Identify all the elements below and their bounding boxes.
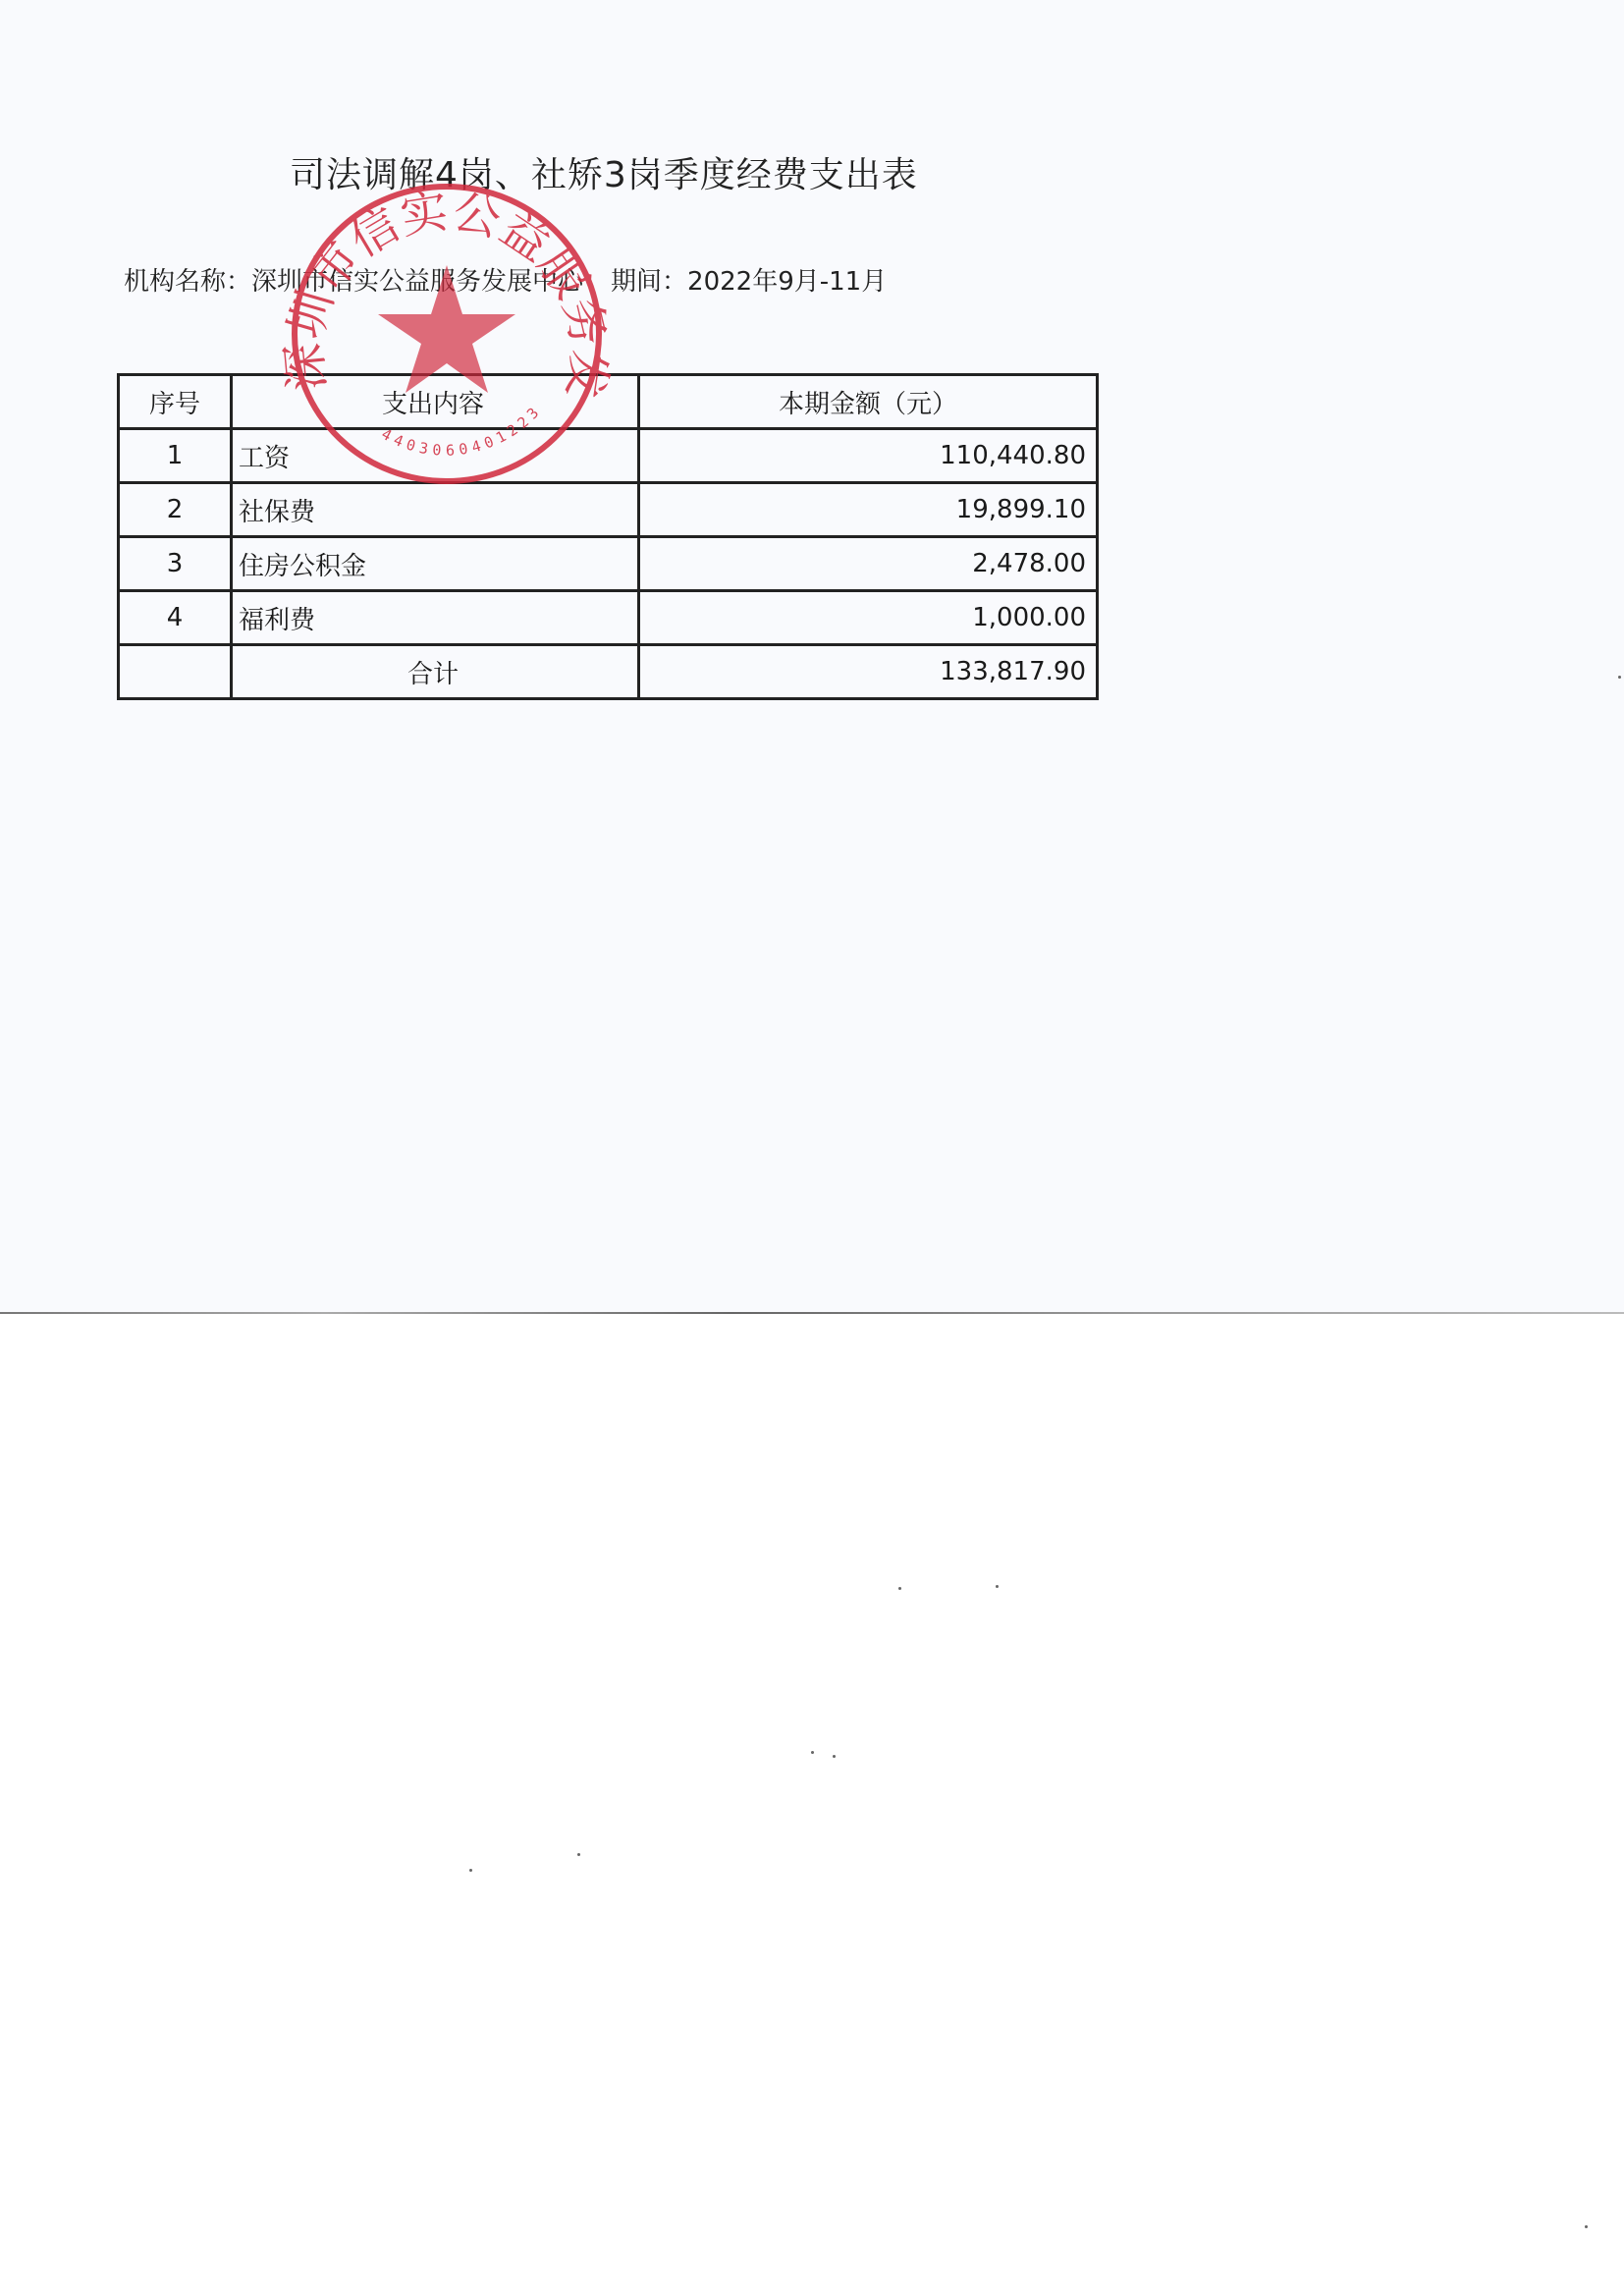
scan-speck (1618, 676, 1621, 679)
total-label: 合计 (232, 645, 639, 699)
scan-speck (833, 1755, 836, 1758)
total-row: 合计 133,817.90 (119, 645, 1098, 699)
row-item: 福利费 (232, 591, 639, 645)
scan-speck (577, 1853, 580, 1856)
header-amount: 本期金额（元） (639, 375, 1098, 429)
total-amount: 133,817.90 (639, 645, 1098, 699)
scan-speck (898, 1587, 901, 1590)
total-index (119, 645, 232, 699)
row-item: 社保费 (232, 483, 639, 537)
period-label: 期间： (611, 267, 687, 297)
row-amount: 110,440.80 (639, 429, 1098, 483)
document-title: 司法调解4岗、社矫3岗季度经费支出表 (290, 147, 918, 197)
period-value: 2022年9月-11月 (687, 267, 887, 297)
row-amount: 2,478.00 (639, 537, 1098, 591)
scan-speck (469, 1869, 472, 1872)
table-row: 1 工资 110,440.80 (119, 429, 1098, 483)
org-name: 深圳市信实公益服务发展中心 (251, 267, 583, 297)
table-row: 3 住房公积金 2,478.00 (119, 537, 1098, 591)
header-item: 支出内容 (232, 375, 639, 429)
document-meta: 机构名称：深圳市信实公益服务发展中心期间：2022年9月-11月 (124, 261, 887, 298)
scan-speck (811, 1751, 814, 1754)
org-label: 机构名称： (124, 267, 251, 297)
row-index: 1 (119, 429, 232, 483)
row-amount: 19,899.10 (639, 483, 1098, 537)
row-index: 2 (119, 483, 232, 537)
scan-speck (1585, 2225, 1588, 2228)
expense-table: 序号 支出内容 本期金额（元） 1 工资 110,440.80 2 社保费 19… (117, 373, 1099, 700)
row-item: 住房公积金 (232, 537, 639, 591)
table-header-row: 序号 支出内容 本期金额（元） (119, 375, 1098, 429)
scan-speck (996, 1585, 999, 1588)
row-item: 工资 (232, 429, 639, 483)
row-index: 3 (119, 537, 232, 591)
table-row: 4 福利费 1,000.00 (119, 591, 1098, 645)
page-fold-line (0, 1312, 1624, 1314)
header-index: 序号 (119, 375, 232, 429)
table-row: 2 社保费 19,899.10 (119, 483, 1098, 537)
row-index: 4 (119, 591, 232, 645)
row-amount: 1,000.00 (639, 591, 1098, 645)
